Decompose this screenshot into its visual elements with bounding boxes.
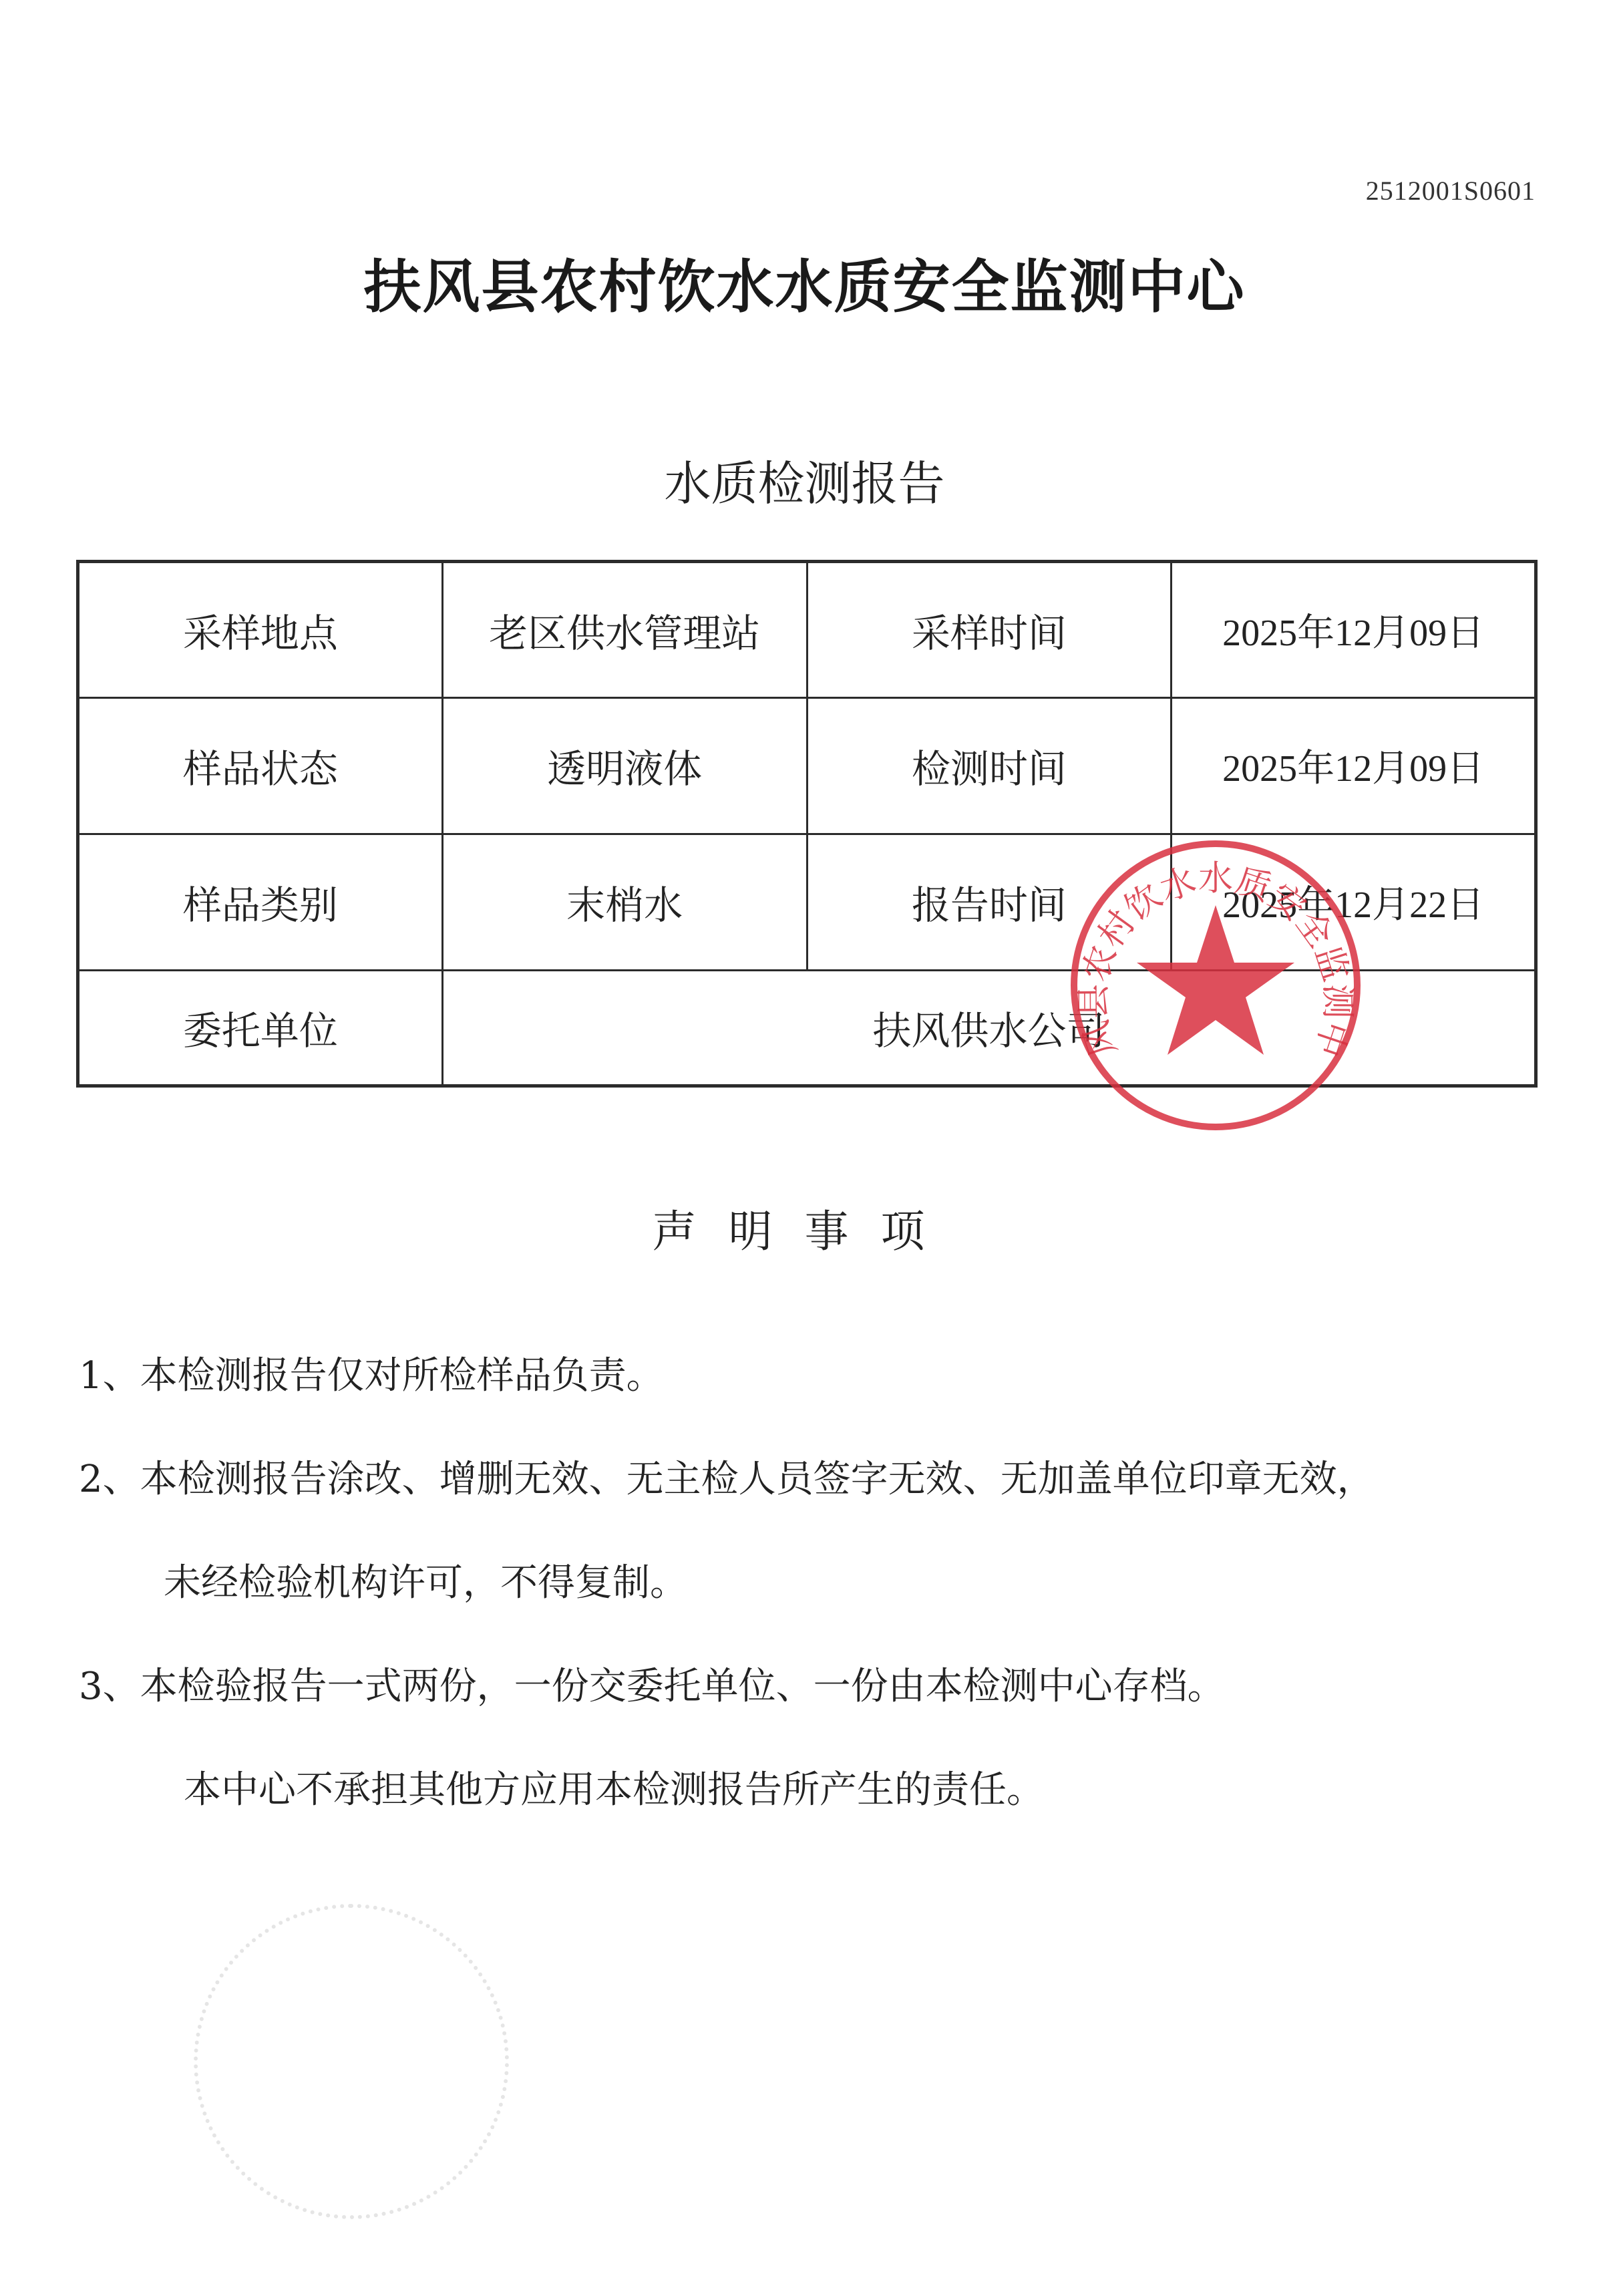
value-test-time: 2025年12月09日	[1172, 697, 1536, 834]
table-row: 采样地点 老区供水管理站 采样时间 2025年12月09日	[78, 562, 1536, 698]
sample-info-table: 采样地点 老区供水管理站 采样时间 2025年12月09日 样品状态 透明液体 …	[76, 560, 1538, 1088]
value-sampling-time: 2025年12月09日	[1172, 562, 1536, 698]
label-client: 委托单位	[78, 970, 443, 1086]
table-row: 样品状态 透明液体 检测时间 2025年12月09日	[78, 697, 1536, 834]
value-sampling-location: 老区供水管理站	[442, 562, 807, 698]
declaration-item-2: 2、本检测报告涂改、增删无效、无主检人员签字无效、无加盖单位印章无效，	[79, 1450, 1375, 1503]
declaration-title: 声明事项	[0, 1196, 1609, 1259]
value-sample-state: 透明液体	[442, 697, 807, 834]
declaration-item-3: 3、本检验报告一式两份，一份交委托单位、一份由本检测中心存档。	[79, 1657, 1225, 1710]
declaration-item-1: 1、本检测报告仅对所检样品负责。	[79, 1346, 664, 1400]
faint-seal-impression	[194, 1904, 509, 2219]
table-row: 样品类别 末梢水 报告时间 2025年12月22日	[78, 834, 1536, 970]
value-client: 扶风供水公司	[442, 970, 1536, 1086]
document-number: 2512001S0601	[1366, 175, 1536, 206]
declaration-disclaimer: 本中心不承担其他方应用本检测报告所产生的责任。	[184, 1760, 1044, 1814]
label-report-time: 报告时间	[807, 834, 1172, 970]
report-title: 水质检测报告	[0, 446, 1609, 514]
declaration-item-2-continued: 未经检验机构许可，不得复制。	[164, 1553, 687, 1607]
label-sample-category: 样品类别	[78, 834, 443, 970]
organization-title: 扶风县农村饮水水质安全监测中心	[0, 240, 1609, 323]
label-sample-state: 样品状态	[78, 697, 443, 834]
label-sampling-time: 采样时间	[807, 562, 1172, 698]
value-report-time: 2025年12月22日	[1172, 834, 1536, 970]
table-row: 委托单位 扶风供水公司	[78, 970, 1536, 1086]
label-test-time: 检测时间	[807, 697, 1172, 834]
label-sampling-location: 采样地点	[78, 562, 443, 698]
value-sample-category: 末梢水	[442, 834, 807, 970]
